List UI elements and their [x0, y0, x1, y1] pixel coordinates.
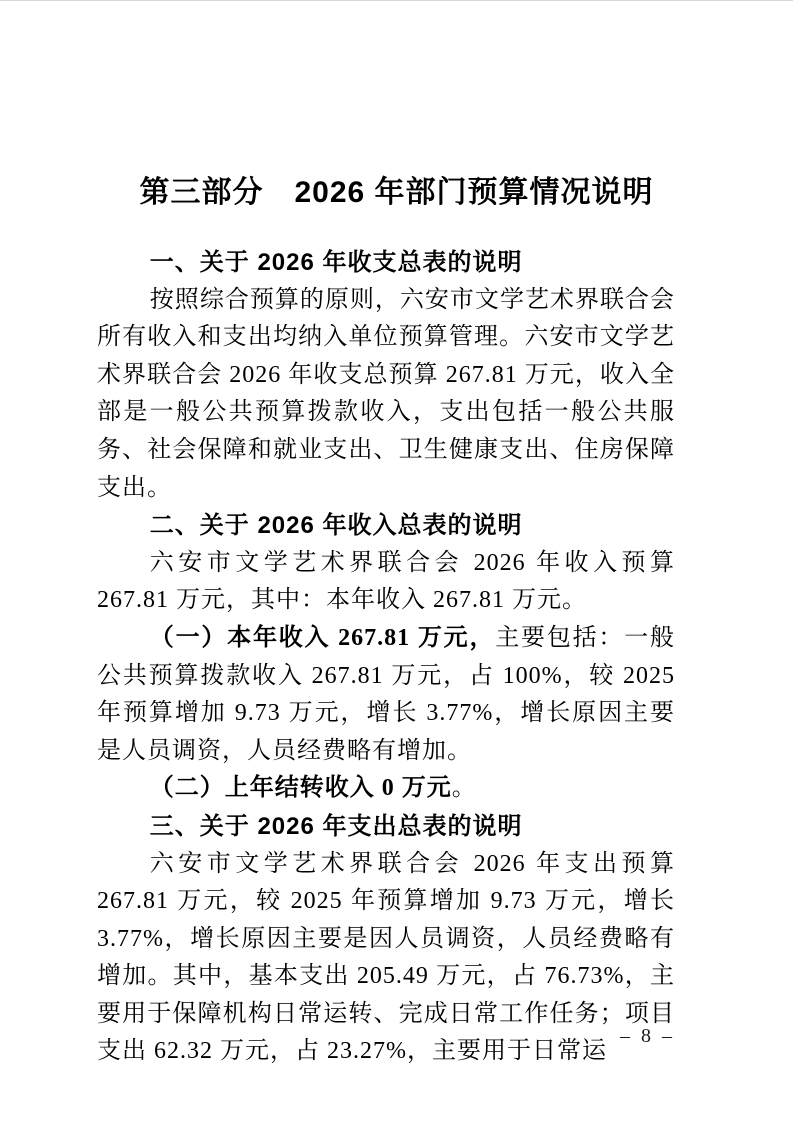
section-heading-income: 二、关于 2026 年收入总表的说明 — [97, 507, 675, 545]
paragraph: 按照综合预算的原则，六安市文学艺术界联合会所有收入和支出均纳入单位预算管理。六安… — [97, 282, 675, 508]
subheading-carryover-income: （二）上年结转收入 0 万元 — [150, 775, 452, 801]
paragraph-text: 。 — [452, 775, 477, 801]
paragraph: （二）上年结转收入 0 万元。 — [97, 770, 675, 808]
paragraph: 六安市文学艺术界联合会 2026 年收入预算 267.81 万元，其中：本年收入… — [97, 545, 675, 620]
section-heading-income-expenditure: 一、关于 2026 年收支总表的说明 — [97, 244, 675, 282]
section-heading-expenditure: 三、关于 2026 年支出总表的说明 — [97, 808, 675, 846]
subheading-current-year-income: （一）本年收入 267.81 万元， — [150, 625, 495, 651]
page-number: – 8 – — [97, 1025, 675, 1048]
document-title: 第三部分 2026 年部门预算情况说明 — [0, 167, 793, 211]
document-body: 一、关于 2026 年收支总表的说明 按照综合预算的原则，六安市文学艺术界联合会… — [97, 244, 675, 1071]
paragraph: （一）本年收入 267.81 万元，主要包括：一般公共预算拨款收入 267.81… — [97, 620, 675, 770]
document-page: 第三部分 2026 年部门预算情况说明 一、关于 2026 年收支总表的说明 按… — [0, 0, 793, 1123]
